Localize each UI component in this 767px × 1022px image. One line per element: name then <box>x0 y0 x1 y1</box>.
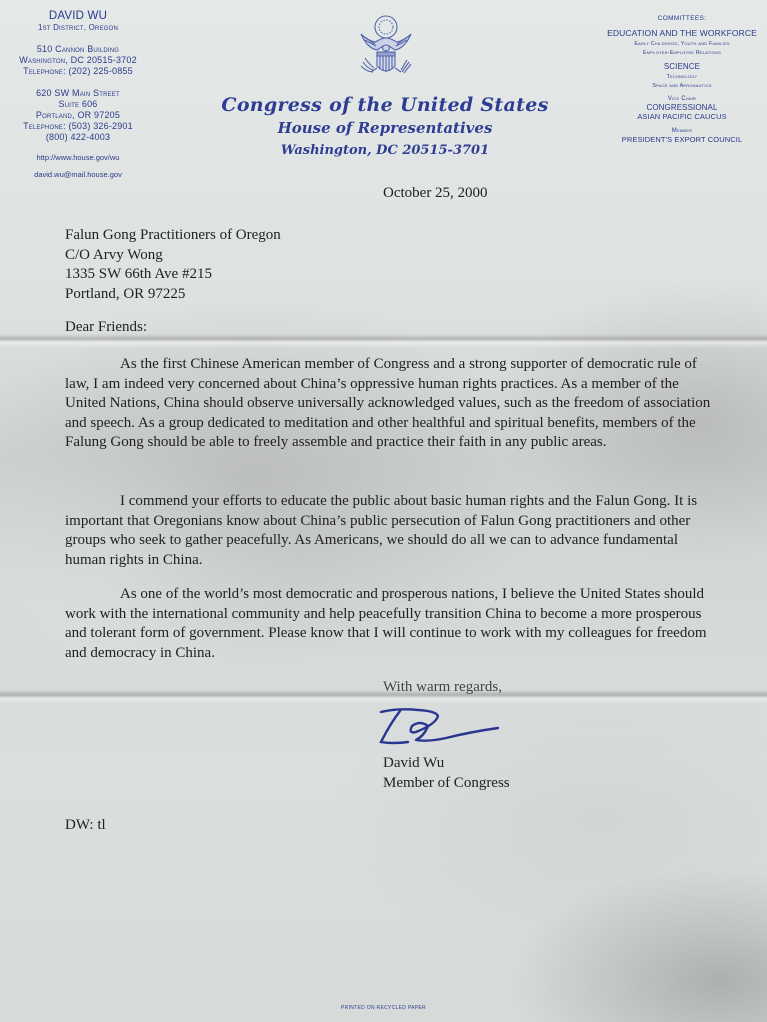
letterhead-title-block: Congress of the United States House of R… <box>200 94 570 158</box>
recipient-line2: C/O Arvy Wong <box>65 246 281 266</box>
paragraph-3: As one of the world’s most democratic an… <box>65 585 715 663</box>
committees-label: COMMITTEES: <box>598 15 766 22</box>
caucus-line2: ASIAN PACIFIC CAUCUS <box>598 112 766 121</box>
handwritten-signature <box>378 702 502 750</box>
subcommittee-employer-relations: Employer-Employee Relations <box>598 50 766 56</box>
district-office-line3: Portland, OR 97205 <box>0 110 156 121</box>
great-seal-icon <box>347 10 425 88</box>
subcommittee-technology: Technology <box>598 74 766 80</box>
committee-education: EDUCATION AND THE WORKFORCE <box>598 28 766 38</box>
member-name: DAVID WU <box>0 10 156 22</box>
district-office-line1: 620 SW Main Street <box>0 88 156 99</box>
dc-office-phone: Telephone: (202) 225-0855 <box>0 66 156 77</box>
recipient-address: Falun Gong Practitioners of Oregon C/O A… <box>65 226 281 304</box>
letterhead-committees-column: COMMITTEES: EDUCATION AND THE WORKFORCE … <box>598 15 766 144</box>
letter-date: October 25, 2000 <box>383 184 488 204</box>
website-link[interactable]: http://www.house.gov/wu <box>0 153 156 162</box>
closing: With warm regards, <box>383 678 502 698</box>
signer-block: David Wu Member of Congress <box>383 754 510 793</box>
subcommittee-early-childhood: Early Childhood, Youth and Families <box>598 41 766 47</box>
caucus-line1: CONGRESSIONAL <box>598 103 766 112</box>
email-link[interactable]: david.wu@mail.house.gov <box>0 170 156 179</box>
reference-initials: DW: tl <box>65 816 106 836</box>
district-office: 620 SW Main Street Suite 606 Portland, O… <box>0 88 156 143</box>
paragraph-2: I commend your efforts to educate the pu… <box>65 492 715 570</box>
signer-name: David Wu <box>383 754 510 774</box>
salutation: Dear Friends: <box>65 318 147 338</box>
subcommittee-space: Space and Aeronautics <box>598 83 766 89</box>
district-office-phone: Telephone: (503) 326-2901 <box>0 121 156 132</box>
signer-title: Member of Congress <box>383 774 510 794</box>
vice-chair-label: Vice Chair <box>598 96 766 102</box>
letterhead-contact-column: DAVID WU 1st District, Oregon 510 Cannon… <box>0 10 156 179</box>
district-office-line2: Suite 606 <box>0 99 156 110</box>
district: 1st District, Oregon <box>0 22 156 33</box>
washington-address: Washington, DC 20515-3701 <box>200 143 570 158</box>
recipient-line4: Portland, OR 97225 <box>65 285 281 305</box>
paragraph-text: As the first Chinese American member of … <box>65 355 715 453</box>
member-label: Member <box>598 128 766 134</box>
recipient-line3: 1335 SW 66th Ave #215 <box>65 265 281 285</box>
district-office-phone2: (800) 422-4003 <box>0 132 156 143</box>
paragraph-text: As one of the world’s most democratic an… <box>65 585 715 663</box>
paragraph-1: As the first Chinese American member of … <box>65 355 715 453</box>
dc-office-line1: 510 Cannon Building <box>0 44 156 55</box>
export-council: PRESIDENT'S EXPORT COUNCIL <box>598 135 766 144</box>
house-subtitle: House of Representatives <box>200 119 570 137</box>
dc-office-line2: Washington, DC 20515-3702 <box>0 55 156 66</box>
recipient-line1: Falun Gong Practitioners of Oregon <box>65 226 281 246</box>
committee-science: SCIENCE <box>598 62 766 71</box>
recycled-paper-note: PRINTED ON RECYCLED PAPER <box>0 1005 767 1011</box>
dc-office: 510 Cannon Building Washington, DC 20515… <box>0 44 156 77</box>
paragraph-text: I commend your efforts to educate the pu… <box>65 492 715 570</box>
congress-title: Congress of the United States <box>200 94 570 116</box>
